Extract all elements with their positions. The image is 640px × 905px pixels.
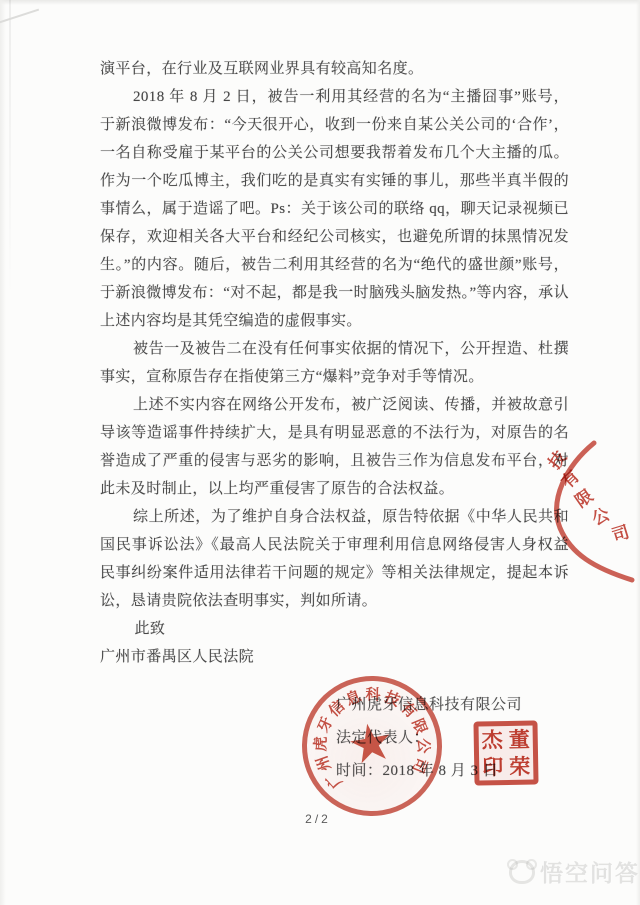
court-name: 广州市番禺区人民法院 <box>100 643 569 671</box>
seal-ring-char: 州 <box>311 753 336 774</box>
paragraph-weibo-facts: 2018 年 8 月 2 日，被告一利用其经营的名为“主播囧事”账号，于新浪微博… <box>100 83 569 335</box>
scan-edge-left <box>0 0 6 905</box>
paragraph-legal-basis: 综上所述，为了维护自身合法权益，原告特依据《中华人民共和国民事诉讼法》《最高人民… <box>100 503 569 615</box>
scanned-document-page: 演平台，在行业及互联网业界具有较高知名度。 2018 年 8 月 2 日，被告一… <box>0 0 640 905</box>
edge-seal-char: 公 <box>587 500 613 530</box>
paragraph-harm: 上述不实内容在网络公开发布，被广泛阅读、传播，并被故意引导该等造谣事件持续扩大，… <box>100 391 569 503</box>
paragraph-fabrication: 被告一及被告二在没有任何事实依据的情况下，公开捏造、杜撰事实，宣称原告存在指使第… <box>100 335 569 391</box>
page-number: 2/2 <box>278 812 358 826</box>
signature-date: 时间：2018 年 8 月 3 日 <box>336 759 522 780</box>
scan-edge-right <box>636 0 640 905</box>
legal-representative-label: 法定代表人： <box>336 726 522 747</box>
monkey-logo-icon <box>509 860 535 884</box>
seal-ring-char: 牙 <box>312 713 337 735</box>
document-body: 演平台，在行业及互联网业界具有较高知名度。 2018 年 8 月 2 日，被告一… <box>100 55 569 671</box>
paper-crease <box>9 0 11 300</box>
edge-seal-char: 限 <box>569 482 597 512</box>
edge-seal-char: 司 <box>608 518 632 547</box>
signature-block: 广州虎牙信息科技有限公司 法定代表人： 时间：2018 年 8 月 3 日 <box>336 693 522 792</box>
closing-salute: 此致 <box>100 615 569 643</box>
scan-edge-top <box>0 0 640 5</box>
watermark-text: 悟空问答 <box>540 855 640 888</box>
wukong-qa-watermark: 悟空问答 <box>509 855 640 888</box>
plaintiff-company-name: 广州虎牙信息科技有限公司 <box>336 693 522 714</box>
paragraph-continuation: 演平台，在行业及互联网业界具有较高知名度。 <box>100 55 569 83</box>
seal-ring-char: 虎 <box>309 736 331 752</box>
